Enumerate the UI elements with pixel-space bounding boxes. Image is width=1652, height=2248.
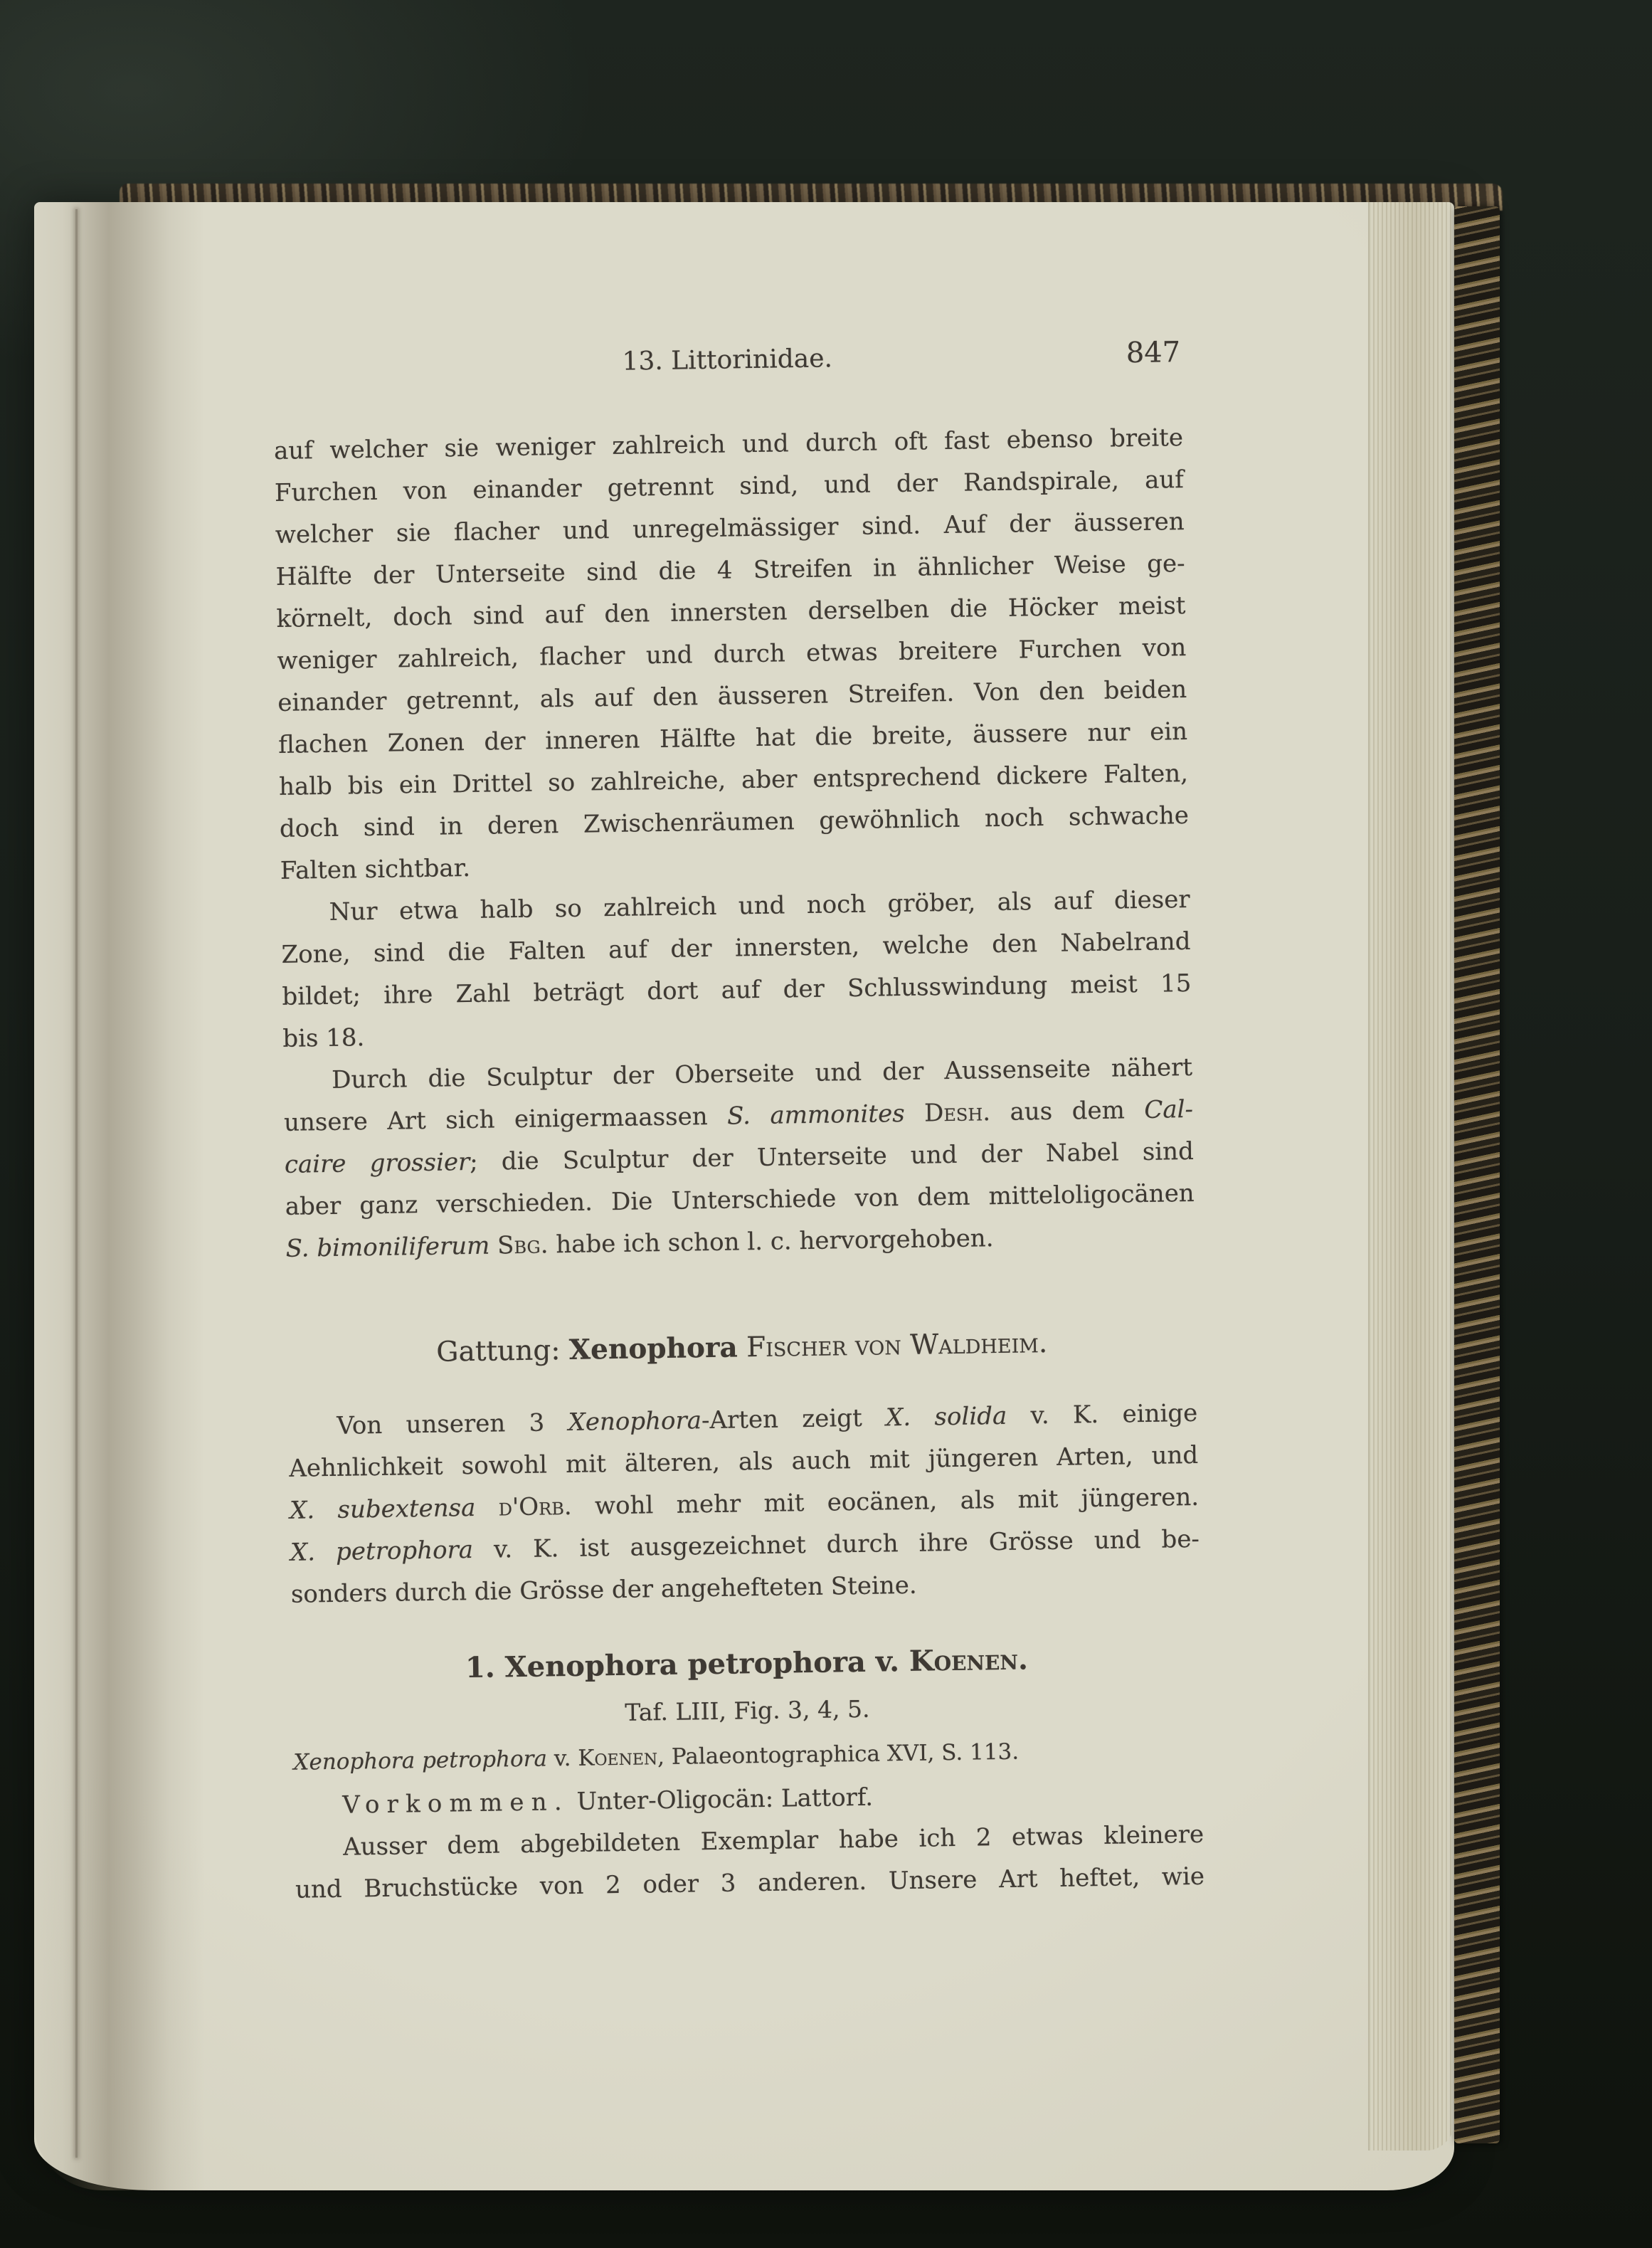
plain-text: Falten sichtbar.	[280, 854, 471, 885]
page-number: 847	[1126, 336, 1180, 369]
gutter-crease	[75, 209, 78, 2158]
plain-text	[475, 1493, 499, 1521]
plain-text: einander getrennt, als auf den äusseren …	[277, 675, 1187, 717]
plain-text: unsere Art sich einigermaassen	[284, 1102, 728, 1137]
page-text-block: 13. Littorinidae. 847 auf welcher sie we…	[272, 339, 1204, 1911]
plain-text	[737, 1331, 746, 1363]
italic-text: X. solida	[886, 1402, 1007, 1432]
plain-text: Furchen von einander getrennt sind, und …	[275, 465, 1184, 507]
smallcaps-text: Koenen	[578, 1744, 657, 1771]
leather-binding-edge	[1454, 206, 1500, 2143]
plain-text: auf welcher sie weniger zahlreich und du…	[274, 423, 1183, 465]
smallcaps-text: Sbg.	[497, 1230, 549, 1260]
smallcaps-text: Fischer von Waldheim.	[746, 1327, 1048, 1363]
smallcaps-text: d'Orb.	[498, 1492, 572, 1522]
plain-text: doch sind in deren Zwischenräumen gewöhn…	[280, 801, 1189, 843]
italic-text: Xenophora petrophora	[293, 1746, 547, 1775]
plain-text: Zone, sind die Falten auf der innersten,…	[281, 927, 1190, 969]
plain-text	[904, 1099, 924, 1128]
italic-text: Cal-	[1144, 1095, 1193, 1124]
plain-text: und Bruchstücke von 2 oder 3 anderen. Un…	[295, 1862, 1204, 1904]
plain-text: welcher sie flacher und unregelmässiger …	[275, 507, 1185, 549]
italic-text: Xenophora	[568, 1406, 701, 1437]
plain-text: v. K. einige	[1007, 1399, 1198, 1430]
plain-text: Ausser dem abgebildeten Exemplar habe ic…	[343, 1820, 1204, 1862]
plain-text: halb bis ein Drittel so zahlreiche, aber…	[279, 759, 1188, 801]
plain-text: , Palaeontographica XVI, S. 113.	[657, 1739, 1019, 1771]
italic-text: X. petrophora	[290, 1536, 474, 1567]
letterspaced-text: Vorkommen.	[342, 1788, 569, 1820]
plain-text: Unter-Oligocän: Lattorf.	[569, 1783, 874, 1816]
italic-text: X. subextensa	[290, 1494, 476, 1525]
italic-text: S. ammonites	[727, 1099, 905, 1131]
plain-text: Gattung:	[436, 1334, 569, 1368]
plain-text: aus dem	[990, 1096, 1145, 1126]
plain-text: -Arten zeigt	[701, 1403, 886, 1435]
plain-text: Durch die Sculptur der Oberseite und der…	[332, 1053, 1192, 1094]
plain-text: Nur etwa halb so zahlreich und noch gröb…	[329, 885, 1190, 927]
bold-text: Xenophora	[569, 1331, 738, 1366]
plain-text: Taf. LIII, Fig. 3, 4, 5.	[625, 1695, 870, 1726]
plain-text: v. K. ist ausgezeichnet durch ihre Gröss…	[473, 1525, 1200, 1564]
plain-text: Aehnlichkeit sowohl mit älteren, als auc…	[289, 1441, 1198, 1483]
fore-edge-pages	[1368, 202, 1454, 2151]
plain-text: wohl mehr mit eocänen, als mit jüngeren.	[571, 1483, 1199, 1521]
plain-text: habe ich schon l. c. hervorgehoben.	[548, 1224, 994, 1259]
species-heading: 1. Xenophora petrophora v. Koenen.	[292, 1638, 1202, 1690]
plain-text: körnelt, doch sind auf den innersten der…	[276, 591, 1185, 633]
plain-text: flachen Zonen der inneren Hälfte hat die…	[278, 717, 1187, 759]
italic-text: S. bimoniliferum	[285, 1232, 489, 1263]
plain-text: bis 18.	[282, 1023, 365, 1053]
bold-text: v.	[866, 1645, 910, 1679]
bold-smallcaps-text: Koenen.	[909, 1642, 1029, 1677]
plain-text: bildet; ihre Zahl beträgt dort auf der S…	[282, 969, 1191, 1011]
plain-text: Hälfte der Unterseite sind die 4 Streife…	[275, 549, 1185, 591]
photographed-book-scene: 13. Littorinidae. 847 auf welcher sie we…	[0, 0, 1652, 2248]
bold-text: 1. Xenophora petrophora	[465, 1645, 867, 1684]
italic-text: caire grossier	[285, 1148, 470, 1179]
genus-heading: Gattung: Xenophora Fischer von Waldheim.	[287, 1321, 1197, 1375]
synonymy-reference-line: Xenophora petrophora v. Koenen, Palaeont…	[293, 1732, 1203, 1780]
plain-text: aber ganz verschieden. Die Unterschiede …	[285, 1179, 1195, 1221]
plain-text: sonders durch die Grösse der angeheftete…	[291, 1571, 917, 1609]
plain-text: ; die Sculptur der Unterseite und der Na…	[470, 1137, 1194, 1176]
gutter-shadow	[34, 202, 212, 2190]
plain-text: v.	[547, 1746, 578, 1772]
plate-figure-reference: Taf. LIII, Fig. 3, 4, 5.	[292, 1688, 1202, 1734]
plain-text: Von unseren 3	[337, 1408, 568, 1440]
plain-text: weniger zahlreich, flacher und durch etw…	[277, 633, 1186, 675]
smallcaps-text: Desh.	[924, 1098, 991, 1127]
